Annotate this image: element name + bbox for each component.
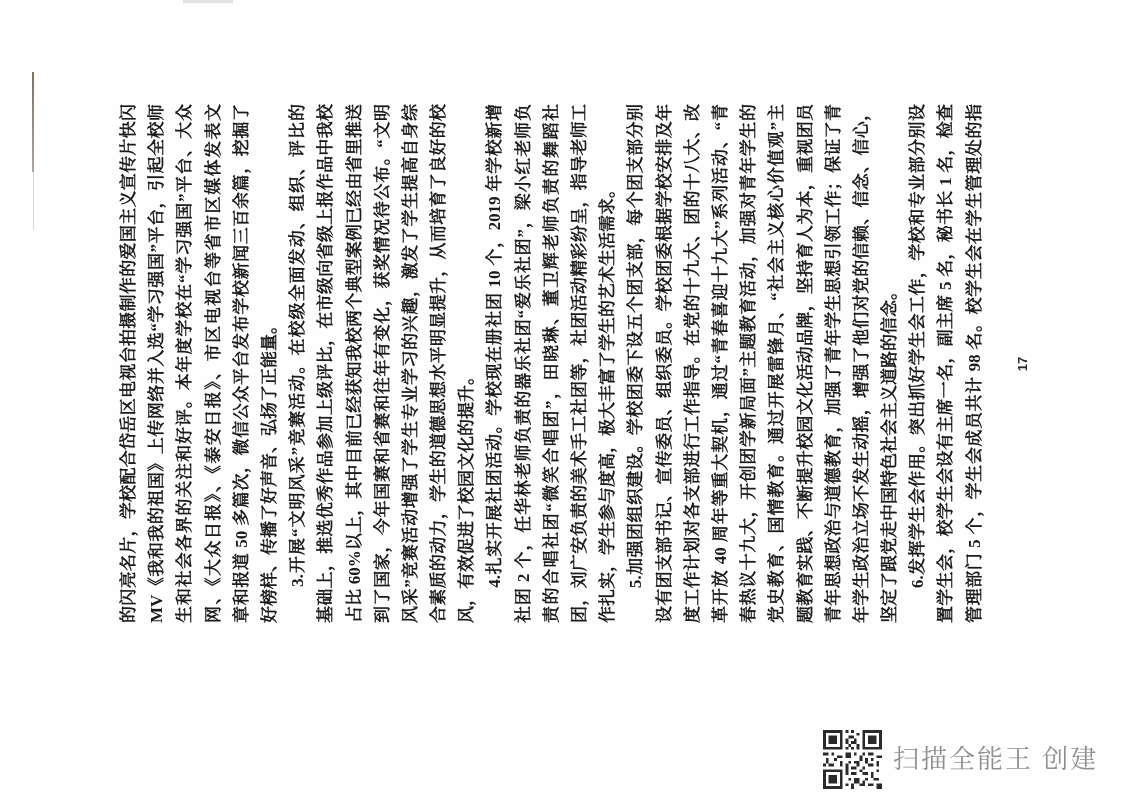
text-line: 6.发挥学生会作用。突出抓好学生会工作，学校和专业部分别设	[904, 104, 932, 623]
text-line: 题教育实践、不断提升校园文化活动品牌，坚持育人为本，重视团员	[792, 104, 820, 623]
text-line: 风，有效促进了校园文化的提升。	[453, 104, 481, 623]
document-text-block: 的闪亮名片，学校配合岱岳区电视台拍摄制作的爱国主义宣传片快闪MV《我和我的祖国》…	[115, 104, 990, 623]
text-line: 章和报道 50 多篇次，微信公众平台发布学校新闻三百余篇，挖掘了	[228, 104, 256, 623]
scanned-document-viewport: 的闪亮名片，学校配合岱岳区电视台拍摄制作的爱国主义宣传片快闪MV《我和我的祖国》…	[0, 0, 1123, 793]
qr-code-icon	[823, 730, 882, 789]
text-line: 到了国家，今年国赛和省赛和往年有变化，获奖情况待公布。“文明	[369, 104, 397, 623]
text-line: 风采”竞赛活动增强了学生专业学习的兴趣，激发了学生提高自身综	[397, 104, 425, 623]
text-line: 党史教育、国情教育。通过开展雷锋月、“社会主义核心价值观”主	[763, 104, 791, 623]
scan-top-smudge	[183, 0, 233, 3]
text-line: 社团 2 个，任华林老师负责的器乐社团“爱乐社团”，梁小红老师负	[510, 104, 538, 623]
text-line: 年学生政治立场不发生动摇，增强了他们对党的信赖、信念、信心，	[848, 104, 876, 623]
text-line: MV《我和我的祖国》上传网络并入选“学习强国”平台，引起全校师	[143, 104, 171, 623]
text-line: 网、《大众日报》、《泰安日报》、市区电视台等省市区媒体发表文	[200, 104, 228, 623]
text-line: 3.开展“文明风采”竞赛活动。在校级全面发动、组织、评比的	[284, 104, 312, 623]
text-line: 好榜样、传播了好声音、弘扬了正能量。	[256, 104, 284, 623]
text-line: 4.扎实开展社团活动。学校现在册社团 10 个，2019 年学校新增	[481, 104, 509, 623]
text-line: 置学生会，校学生会设有主席一名，副主席 5 名，秘书长 1 名，检查	[932, 104, 960, 623]
text-line: 作扎实，学生参与度高，极大丰富了学生的艺术生活需求。	[594, 104, 622, 623]
text-line: 基础上，推选优秀作品参加上级评比，在市级向省级上报作品中我校	[312, 104, 340, 623]
text-line: 设有团支部书记、宣传委员、组织委员。学校团委根据学校安排及年	[651, 104, 679, 623]
text-line: 责的合唱社团“微笑合唱团”，田晓琳、董卫辉老师负责的舞蹈社	[538, 104, 566, 623]
text-line: 的闪亮名片，学校配合岱岳区电视台拍摄制作的爱国主义宣传片快闪	[115, 104, 143, 623]
text-line: 革开放 40 周年等重大契机，通过“青春喜迎十九大”系列活动、“青	[707, 104, 735, 623]
text-line: 坚定了跟党走中国特色社会主义道路的信念。	[876, 104, 904, 623]
text-line: 春热议十九大，开创团学新局面”主题教育活动，加强对青年学生的	[735, 104, 763, 623]
text-line: 青年思想政治与道德教育，加强了青年学生思想引领工作；保证了青	[820, 104, 848, 623]
text-line: 管理部门 5 个，学生会成员共计 98 名。校学生会在学生管理处的指	[961, 104, 989, 623]
watermark: 扫描全能王 创建	[823, 730, 1098, 789]
scan-edge-artifact-line-faint	[33, 172, 34, 230]
scan-edge-artifact-line	[32, 72, 34, 172]
text-line: 5.加强团组织建设。学校团委下设五个团支部，每个团支部分别	[622, 104, 650, 623]
page-number: 17	[1011, 346, 1035, 382]
text-line: 生和社会各界的关注和好评。本年度学校在“学习强国”平台、大众	[171, 104, 199, 623]
text-line: 占比 60%以上，其中目前已经获知我校两个典型案例已经由省里推送	[341, 104, 369, 623]
text-line: 合素质的动力，学生的道德思想水平明显提升，从而培育了良好的校	[425, 104, 453, 623]
watermark-text: 扫描全能王 创建	[893, 730, 1098, 789]
text-line: 度工作计划对各支部进行工作指导。在党的十九大、团的十八大、改	[679, 104, 707, 623]
text-line: 团，刘广安负责的美术手工社团等，社团活动精彩纷呈，指导老师工	[566, 104, 594, 623]
